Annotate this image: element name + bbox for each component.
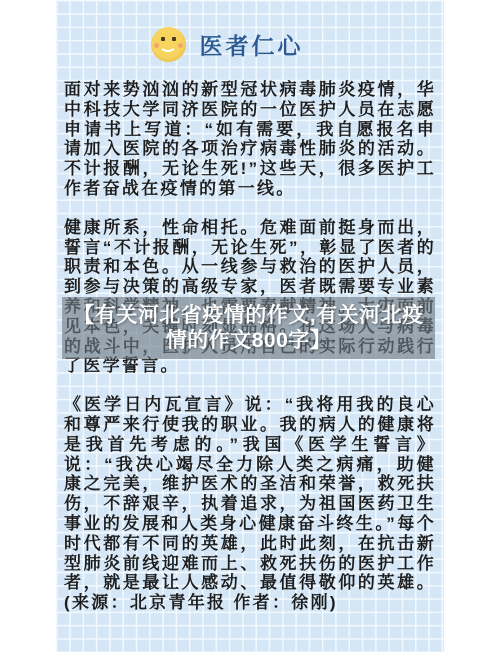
article-paragraph: 面对来势汹汹的新型冠状病毒肺炎疫情，华中科技大学同济医院的一位医护人员在志愿申请… [64, 80, 436, 199]
smiley-mouth [159, 36, 177, 52]
watermark-text: 【有关河北省疫情的作文,有关河北疫情的作文800字】 [70, 303, 427, 353]
article-header: 医者仁心 [56, 0, 444, 62]
article-card: 医者仁心 面对来势汹汹的新型冠状病毒肺炎疫情，华中科技大学同济医院的一位医护人员… [56, 0, 444, 652]
smiley-face-icon [151, 27, 186, 62]
page-title: 医者仁心 [200, 28, 304, 61]
smiley-cheek [178, 43, 183, 48]
watermark-overlay: 【有关河北省疫情的作文,有关河北疫情的作文800字】 [62, 297, 435, 359]
article-paragraph: 《医学日内瓦宣言》说：“我将用我的良心和尊严来行使我的职业。我的病人的健康将是我… [64, 395, 436, 613]
smiley-cheek [154, 43, 159, 48]
